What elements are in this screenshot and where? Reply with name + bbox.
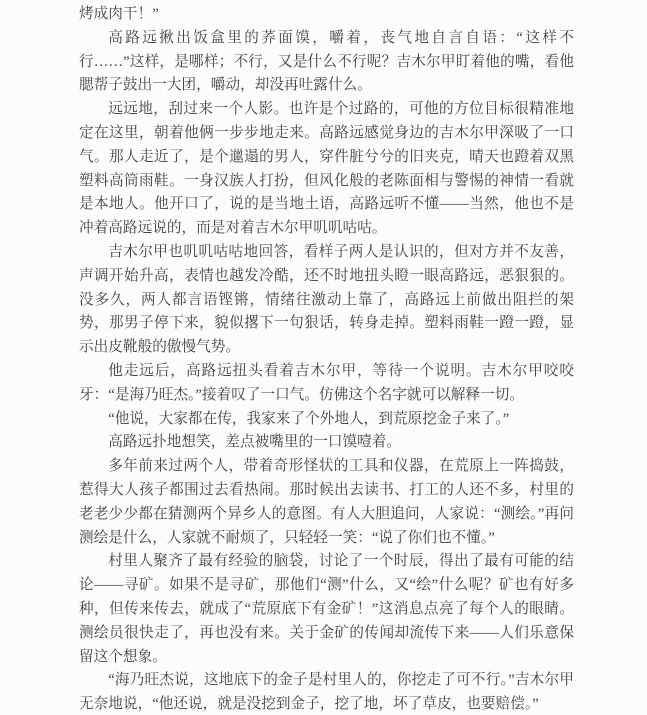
paragraph: “海乃旺杰说，这地底下的金子是村里人的，你挖走了可不行。”吉木尔甲无奈地说，“他… [79, 669, 574, 715]
book-page: 烤成肉干！” 高路远揪出饭盒里的荞面馍，嚼着，丧气地自言自语：“这样不行……”这… [0, 0, 647, 715]
paragraph: 高路远揪出饭盒里的荞面馍，嚼着，丧气地自言自语：“这样不行……”这样，是哪样；不… [79, 27, 574, 98]
paragraph: “他说，大家都在传，我家来了个外地人，到荒原挖金子来了。” [79, 408, 574, 432]
paragraph: 远远地，刮过来一个人影。也许是个过路的，可他的方位目标很精准地定在这里，朝着他俩… [79, 98, 574, 241]
paragraph: 烤成肉干！” [79, 3, 574, 27]
paragraph: 多年前来过两个人，带着奇形怪状的工具和仪器，在荒原上一阵捣鼓，惹得大人孩子都围过… [79, 455, 574, 550]
paragraph: 村里人聚齐了最有经验的脑袋，讨论了一个时辰，得出了最有可能的结论——寻矿。如果不… [79, 550, 574, 669]
paragraph: 吉木尔甲也叽叽咕咕地回答，看样子两人是认识的，但对方并不友善，声调开始升高，表情… [79, 241, 574, 360]
paragraph: 高路远扑地想笑，差点被嘴里的一口馍噎着。 [79, 431, 574, 455]
paragraph: 他走远后，高路远扭头看着吉木尔甲，等待一个说明。吉木尔甲咬咬牙：“是海乃旺杰。”… [79, 360, 574, 408]
